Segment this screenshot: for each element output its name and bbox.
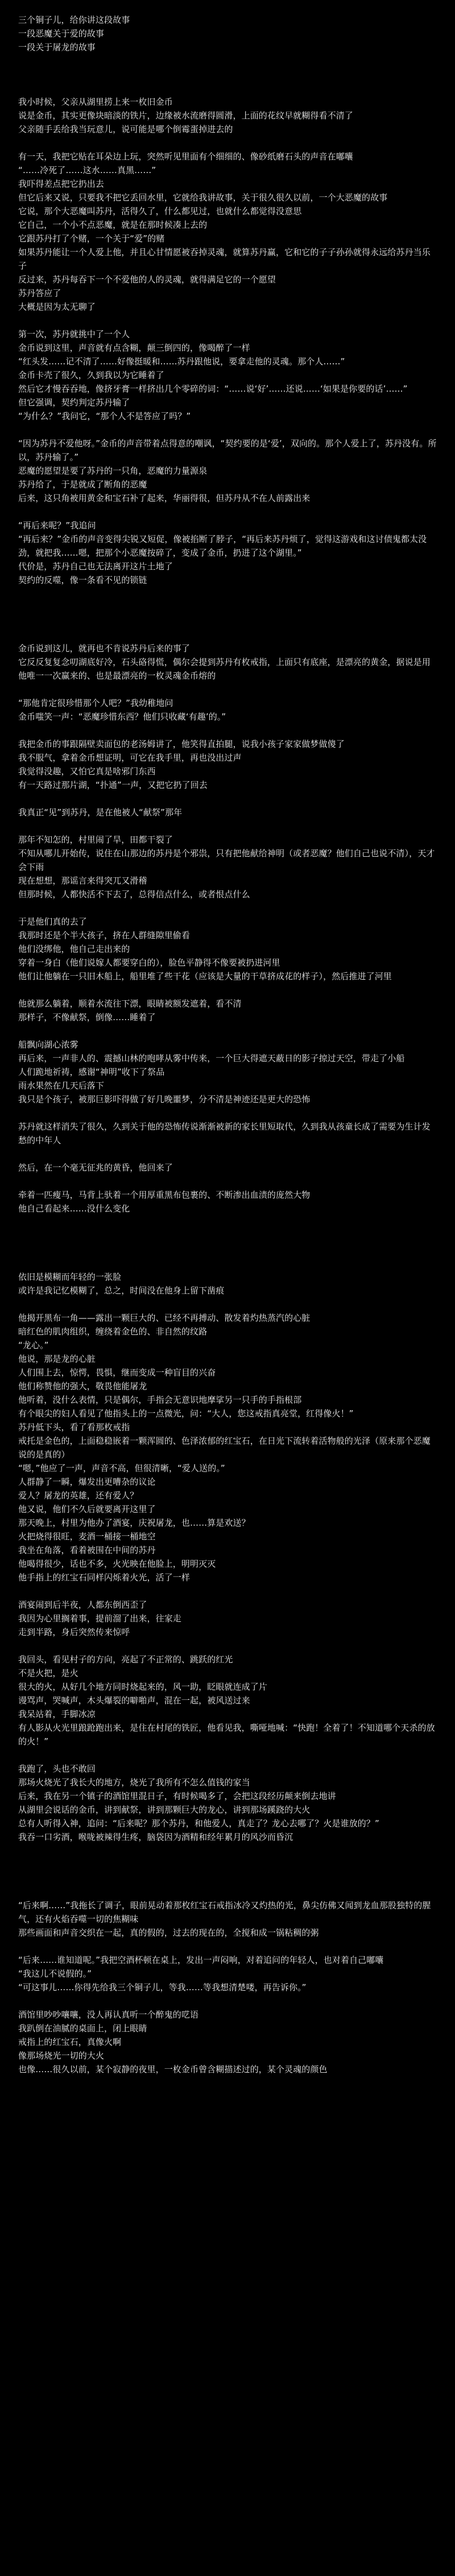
story-line: 我吓得差点把它扔出去 bbox=[18, 177, 438, 191]
story-line: 然后，在一个毫无征兆的黄昏，他回来了 bbox=[18, 1161, 438, 1174]
paragraph-spacer bbox=[18, 792, 438, 806]
story-line: 我觉得没趣，又怕它真是啥邪门东西 bbox=[18, 765, 438, 778]
story-line: 金币说到这儿，就再也不肯说苏丹后来的事了 bbox=[18, 642, 438, 655]
story-line: 它跟苏丹打了个赌，一个关于“爱”的赌 bbox=[18, 232, 438, 245]
paragraph-spacer bbox=[18, 1748, 438, 1762]
story-line: 船飘向湖心浓雾 bbox=[18, 1038, 438, 1051]
paragraph-spacer bbox=[18, 1994, 438, 2008]
story-line: “那他肯定很珍惜那个人吧？”我幼稚地问 bbox=[18, 696, 438, 710]
story-line: 也像……很久以前，某个寂静的夜里，一枚金币曾含糊描述过的，某个灵魂的颜色 bbox=[18, 2063, 438, 2076]
paragraph-spacer bbox=[18, 587, 438, 642]
story-line: 那年不知怎的，村里闹了旱，田都干裂了 bbox=[18, 833, 438, 847]
story-line: 苏丹给了，于是就成了断角的恶魔 bbox=[18, 478, 438, 491]
story-line: 我那时还是个半大孩子，挤在人群缝隙里偷看 bbox=[18, 928, 438, 942]
story-line: 他手指上的红宝石同样闪烁着火光，活了一样 bbox=[18, 1571, 438, 1584]
story-line: 我趴倒在油腻的桌面上，闭上眼睛 bbox=[18, 2022, 438, 2035]
story-line: “可这事儿……你得先给我三个铜子儿，等我……等我想清楚喽，再告诉你。” bbox=[18, 1981, 438, 1994]
story-line: 他就那么躺着，顺着水流往下漂，眼睛被额发遮着，看不清 bbox=[18, 997, 438, 1010]
story-line: 人们围上去，惊愕，畏惧，继而变成一种盲目的兴奋 bbox=[18, 1366, 438, 1379]
story-line: 他们让他躺在一只旧木船上，船里堆了些干花（应该是大量的干草挤成花的样子），然后推… bbox=[18, 969, 438, 983]
paragraph-spacer bbox=[18, 901, 438, 915]
story-line: 雨水果然在几天后落下 bbox=[18, 1079, 438, 1092]
paragraph-spacer bbox=[18, 683, 438, 696]
paragraph-spacer bbox=[18, 1147, 438, 1161]
story-line: 那天晚上，村里为他办了酒宴，庆祝屠龙，也……算是欢送？ bbox=[18, 1516, 438, 1530]
paragraph-spacer bbox=[18, 819, 438, 833]
story-line: 有一天路过那片湖，“扑通”一声，又把它扔了回去 bbox=[18, 778, 438, 792]
story-line: 但它后来又说，只要我不把它丢回水里，它就给我讲故事，关于很久很久以前，一个大恶魔… bbox=[18, 191, 438, 204]
story-line: 契约的反噬，像一条看不见的锁链 bbox=[18, 573, 438, 587]
story-line: 火把烧得很旺，麦酒一桶接一桶地空 bbox=[18, 1530, 438, 1543]
paragraph-spacer bbox=[18, 423, 438, 437]
paragraph-spacer bbox=[18, 505, 438, 519]
paragraph-spacer bbox=[18, 1844, 438, 1899]
story-line: 那场火烧光了我长大的地方，烧光了我所有不怎么值钱的家当 bbox=[18, 1776, 438, 1789]
paragraph-spacer bbox=[18, 724, 438, 737]
story-line: 一段恶魔关于爱的故事 bbox=[18, 27, 438, 40]
story-line: 三个铜子儿，给你讲这段故事 bbox=[18, 13, 438, 27]
story-line: 苏丹答应了 bbox=[18, 286, 438, 300]
paragraph-spacer bbox=[18, 1174, 438, 1188]
story-line: 他揭开黑布一角——露出一颗巨大的、已经不再搏动、散发着灼热蒸汽的心脏 bbox=[18, 1311, 438, 1325]
story-text: 三个铜子儿，给你讲这段故事一段恶魔关于爱的故事一段关于屠龙的故事我小时候，父亲从… bbox=[0, 0, 455, 2076]
story-line: 他们称赞他的强大，敬畏他能屠龙 bbox=[18, 1379, 438, 1393]
paragraph-spacer bbox=[18, 1215, 438, 1270]
story-line: 恶魔的愿望是要了苏丹的一只角，恶魔的力量源泉 bbox=[18, 464, 438, 478]
story-line: “龙心。” bbox=[18, 1338, 438, 1352]
story-line: 酒宴闹到后半夜，人都东倒西歪了 bbox=[18, 1598, 438, 1612]
story-line: 我小时候，父亲从湖里捞上来一枚旧金币 bbox=[18, 95, 438, 109]
story-line: 依旧是模糊而年轻的一张脸 bbox=[18, 1270, 438, 1284]
story-line: 不是火把，是火 bbox=[18, 1666, 438, 1680]
story-line: 第一次，苏丹就挑中了一个人 bbox=[18, 327, 438, 341]
story-line: 苏丹低下头，看了看那枚戒指 bbox=[18, 1420, 438, 1434]
story-line: 总有人听得入神，追问：“后来呢？那个苏丹，和他爱人，真走了？龙心去哪了？火是谁放… bbox=[18, 1817, 438, 1830]
story-line: 很大的火，从好几个地方同时烧起来的，风一助，眨眼就连成了片 bbox=[18, 1680, 438, 1694]
story-line: 大概是因为太无聊了 bbox=[18, 300, 438, 314]
story-line: 或许是我记忆模糊了，总之，时间没在他身上留下凿痕 bbox=[18, 1284, 438, 1297]
story-line: 酒馆里吵吵嚷嚷，没人再认真听一个醉鬼的呓语 bbox=[18, 2008, 438, 2022]
story-line: 后来，这只角被用黄金和宝石补了起来，华丽得很，但苏丹从不在人前露出来 bbox=[18, 491, 438, 505]
paragraph-spacer bbox=[18, 136, 438, 150]
story-line: 它说，那个大恶魔叫苏丹，活得久了，什么都见过，也就什么都觉得没意思 bbox=[18, 204, 438, 218]
story-line: 人们跪地祈祷，感谢“神明”收下了祭品 bbox=[18, 1065, 438, 1079]
story-line: 代价是，苏丹自己也无法离开这片土地了 bbox=[18, 560, 438, 573]
paragraph-spacer bbox=[18, 1584, 438, 1598]
paragraph-spacer bbox=[18, 1639, 438, 1653]
story-line: 苏丹就这样消失了很久，久到关于他的恐怖传说渐渐被新的家长里短取代，久到我从孩童长… bbox=[18, 1120, 438, 1147]
story-line: “为什么？”我问它，“那个人不是答应了吗？” bbox=[18, 409, 438, 423]
story-line: 金币嗤笑一声：“恶魔珍惜东西？他们只收藏‘有趣’的。” bbox=[18, 710, 438, 724]
story-line: 它自己，一个小不点恶魔，就是在那时候凑上去的 bbox=[18, 218, 438, 232]
story-line: 反过来，苏丹每吞下一个不爱他的人的灵魂，就得满足它的一个愿望 bbox=[18, 273, 438, 286]
story-line: 他自己看起来……没什么变化 bbox=[18, 1202, 438, 1215]
paragraph-spacer bbox=[18, 54, 438, 95]
paragraph-spacer bbox=[18, 1024, 438, 1038]
story-line: 它反反复复念叨湖底好冷，石头硌得慌，偶尔会提到苏丹有枚戒指，上面只有底座，是漂亮… bbox=[18, 655, 438, 683]
story-line: 暗红色的肌肉组织，缠绕着金色的、非自然的纹路 bbox=[18, 1325, 438, 1338]
story-line: 金币卡壳了很久，久到我以为它睡着了 bbox=[18, 368, 438, 382]
story-line: “再后来呢？”我追问 bbox=[18, 519, 438, 532]
story-line: 说是金币，其实更像块暗淡的铁片，边缘被水流磨得圆滑，上面的花纹早就糊得看不清了 bbox=[18, 109, 438, 122]
story-line: “嗯，”他应了一声，声音不高，但很清晰，“爱人送的。” bbox=[18, 1461, 438, 1475]
story-line: 但它强调，契约判定苏丹输了 bbox=[18, 396, 438, 409]
story-line: 但那时候，人都快活不下去了，总得信点什么，或者恨点什么 bbox=[18, 888, 438, 901]
story-line: 他说，那是龙的心脏 bbox=[18, 1352, 438, 1366]
story-line: 如果苏丹能让一个人爱上他，并且心甘情愿被吞掉灵魂，就算苏丹赢，它和它的子子孙孙就… bbox=[18, 245, 438, 273]
story-line: 我吞一口劣酒，喉咙被辣得生疼，脑袋因为酒精和经年累月的风沙而昏沉 bbox=[18, 1830, 438, 1844]
story-line: 我不服气，拿着金币想证明，可它在我手里，再也没出过声 bbox=[18, 751, 438, 765]
story-line: 于是他们真的去了 bbox=[18, 915, 438, 928]
story-line: 人群静了一瞬，爆发出更嘈杂的议论 bbox=[18, 1475, 438, 1489]
story-line: “后来……谁知道呢。”我把空酒杯顿在桌上，发出一声闷响，对着追问的年轻人，也对着… bbox=[18, 1953, 438, 1967]
story-line: “……冷死了……这水……真黑……” bbox=[18, 163, 438, 177]
story-line: 穿着一身白（他们说嫁人都要穿白的），脸色平静得不像要被扔进河里 bbox=[18, 956, 438, 969]
story-line: 后来，我在另一个镇子的酒馆里混日子，有时候喝多了，会把这段经历颠来倒去地讲 bbox=[18, 1789, 438, 1803]
story-line: 他们没绑他，他自己走出来的 bbox=[18, 942, 438, 956]
story-line: 从湖里会说话的金币，讲到献祭，讲到那颗巨大的龙心，讲到那场蹊跷的大火 bbox=[18, 1803, 438, 1817]
story-line: 那样子，不像献祭，倒像……睡着了 bbox=[18, 1010, 438, 1024]
story-line: 我把金币的事跟隔壁卖面包的老汤姆讲了，他笑得直拍腿，说我小孩子家家做梦做傻了 bbox=[18, 737, 438, 751]
story-line: 像那场烧光一切的大火 bbox=[18, 2049, 438, 2063]
story-line: 爱人？屠龙的英雄，还有爱人？ bbox=[18, 1489, 438, 1502]
story-line: 戒指上的红宝石，真像火啊 bbox=[18, 2035, 438, 2049]
story-line: 他又说，他们不久后就要离开这里了 bbox=[18, 1502, 438, 1516]
story-line: 我真正“见”到苏丹，是在他被人“献祭”那年 bbox=[18, 806, 438, 819]
story-line: 一段关于屠龙的故事 bbox=[18, 40, 438, 54]
story-line: 不知从哪儿开始传，说住在山那边的苏丹是个邪祟，只有把他献给神明（或者恶魔？他们自… bbox=[18, 847, 438, 874]
story-line: 父亲随手丢给我当玩意儿，说可能是哪个倒霉蛋掉进去的 bbox=[18, 122, 438, 136]
story-line: 那些画面和声音交织在一起，真的假的，过去的现在的，全搅和成一锅粘稠的粥 bbox=[18, 1926, 438, 1940]
paragraph-spacer bbox=[18, 1106, 438, 1120]
paragraph-spacer bbox=[18, 983, 438, 997]
story-line: 再后来，一声非人的、震撼山林的咆哮从雾中传来，一个巨大得遮天蔽日的影子掠过天空，… bbox=[18, 1051, 438, 1065]
story-line: 我只是个孩子，被那巨影吓得做了好几晚噩梦，分不清是神迹还是更大的恐怖 bbox=[18, 1092, 438, 1106]
story-line: 我跑了，头也不敢回 bbox=[18, 1762, 438, 1776]
story-line: 我呆站着，手脚冰凉 bbox=[18, 1707, 438, 1721]
story-line: 我坐在角落，看着被围在中间的苏丹 bbox=[18, 1543, 438, 1557]
story-line: 现在想想，那谣言来得突兀又滑稽 bbox=[18, 874, 438, 888]
story-line: “再后来？”金币的声音变得尖锐又短促，像被掐断了脖子，“再后来苏丹烦了，觉得这游… bbox=[18, 532, 438, 560]
story-line: 有个眼尖的妇人看见了他指头上的一点微光，问：“大人，您这戒指真亮堂，红得像火！” bbox=[18, 1407, 438, 1420]
story-line: 戒托是金色的，上面稳稳嵌着一颗浑圆的、色泽浓郁的红宝石，在日光下流转着活物般的光… bbox=[18, 1434, 438, 1461]
story-line: 牵着一匹瘦马，马背上驮着一个用厚重黑布包裹的、不断渗出血渍的庞然大物 bbox=[18, 1188, 438, 1202]
story-line: “因为苏丹不爱他呀。”金币的声音带着点得意的嘲讽，“契约要的是‘爱’，双向的。那… bbox=[18, 437, 438, 464]
story-line: 他听着，没什么表情，只是偶尔，手指会无意识地摩挲另一只手的手指根部 bbox=[18, 1393, 438, 1407]
story-line: “后来啊……”我拖长了调子，眼前晃动着那枚红宝石戒指冰冷又灼热的光，鼻尖仿佛又闻… bbox=[18, 1899, 438, 1926]
story-line: 金币说到这里，声音就有点含糊，颠三倒四的，像喝醉了一样 bbox=[18, 341, 438, 355]
story-line: 然后它才慢吞吞地，像挤牙膏一样挤出几个零碎的词：“……说‘好’……还说……‘如果… bbox=[18, 382, 438, 396]
story-line: “我这儿不说假的。” bbox=[18, 1967, 438, 1981]
story-line: 走到半路，身后突然传来惊呼 bbox=[18, 1625, 438, 1639]
story-line: 谩骂声，哭喊声，木头爆裂的噼啪声，混在一起，被风送过来 bbox=[18, 1694, 438, 1707]
story-line: 他喝得很少，话也不多，火光映在他脸上，明明灭灭 bbox=[18, 1557, 438, 1571]
paragraph-spacer bbox=[18, 314, 438, 327]
story-line: 有一天，我把它贴在耳朵边上玩，突然听见里面有个细细的、像砂纸磨石头的声音在嘟囔 bbox=[18, 150, 438, 163]
story-line: 有人影从火光里踉跄跑出来，是住在村尾的铁匠，他看见我，嘶哑地喊：“快跑！全着了！… bbox=[18, 1721, 438, 1748]
story-line: 我回头，看见村子的方向，亮起了不正常的、跳跃的红光 bbox=[18, 1653, 438, 1666]
paragraph-spacer bbox=[18, 1297, 438, 1311]
story-line: 我因为心里搁着事，提前溜了出来，往家走 bbox=[18, 1612, 438, 1625]
story-line: “红头发……记不清了……好像挺暖和……苏丹跟他说，要拿走他的灵魂。那个人……” bbox=[18, 355, 438, 368]
paragraph-spacer bbox=[18, 1940, 438, 1953]
